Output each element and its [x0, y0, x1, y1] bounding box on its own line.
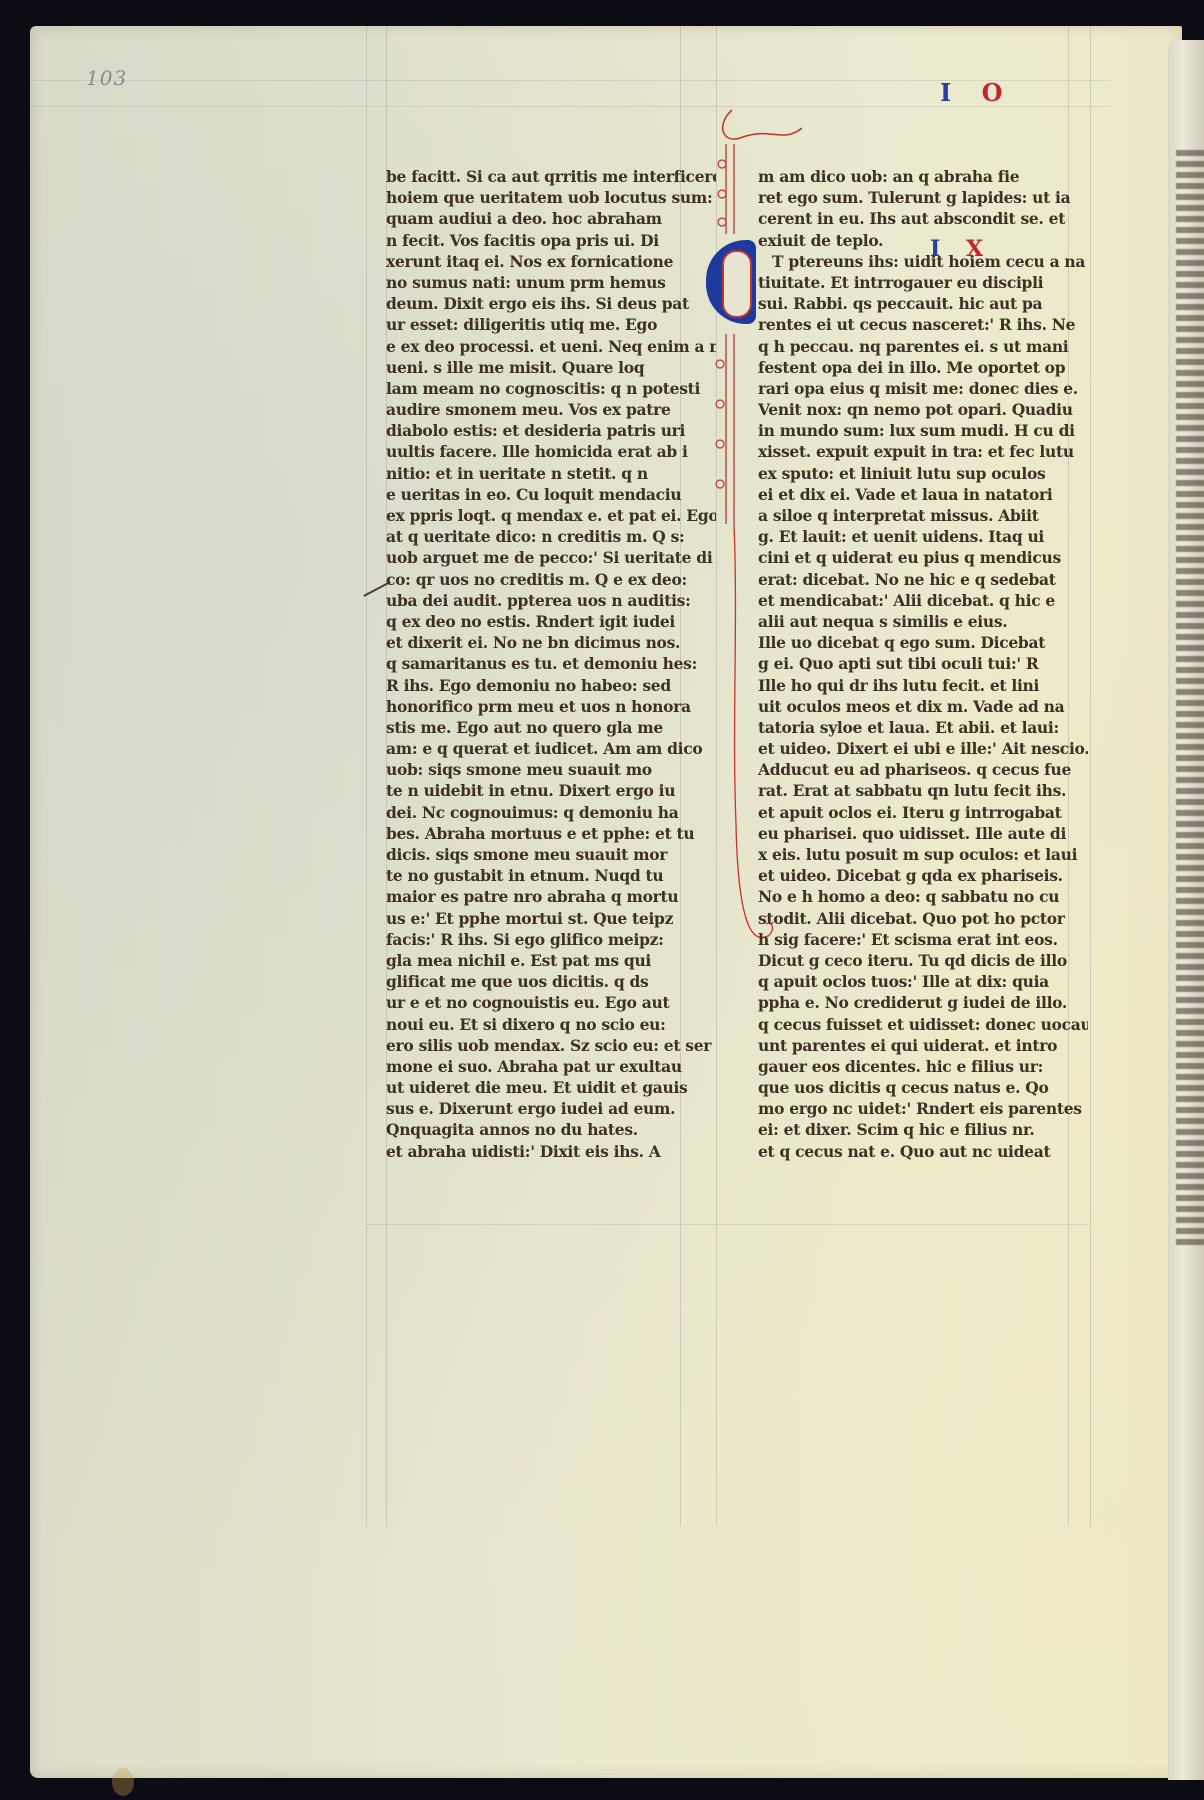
text-line: g ei. Quo apti sut tibi oculi tui:' R: [758, 653, 1088, 674]
text-line: sus e. Dixerunt ergo iudei ad eum.: [386, 1098, 716, 1119]
text-line: stis me. Ego aut no quero gla me: [386, 717, 716, 738]
text-line: exiuit de teplo.: [758, 230, 1088, 251]
text-line: uultis facere. Ille homicida erat ab i: [386, 441, 716, 462]
text-line: Adducut eu ad phariseos. q cecus fue: [758, 759, 1088, 780]
text-line: et uideo. Dixert ei ubi e ille:' Ait nes…: [758, 738, 1088, 759]
text-line: e ex deo processi. et ueni. Neq enim a m…: [386, 336, 716, 357]
text-line: diabolo estis: et desideria patris uri: [386, 420, 716, 441]
text-line: et dixerit ei. No ne bn dicimus nos.: [386, 632, 716, 653]
text-line: e ueritas in eo. Cu loquit mendaciu: [386, 484, 716, 505]
text-line: ei et dix ei. Vade et laua in natatori: [758, 484, 1088, 505]
text-line: Qnquagita annos no du hates.: [386, 1119, 716, 1140]
text-line: deum. Dixit ergo eis ihs. Si deus pat: [386, 293, 716, 314]
text-line: co: qr uos no creditis m. Q e ex deo:: [386, 569, 716, 590]
text-line: et mendicabat:' Alii dicebat. q hic e: [758, 590, 1088, 611]
running-head-right: O: [982, 78, 1003, 107]
text-line: xerunt itaq ei. Nos ex fornicatione: [386, 251, 716, 272]
text-line: ret ego sum. Tulerunt g lapides: ut ia: [758, 187, 1088, 208]
text-line: ei: et dixer. Scim q hic e filius nr.: [758, 1119, 1088, 1140]
text-line: Dicut g ceco iteru. Tu qd dicis de illo: [758, 950, 1088, 971]
text-line: festent opa dei in illo. Me oportet op: [758, 357, 1088, 378]
text-line: que uos dicitis q cecus natus e. Qo: [758, 1077, 1088, 1098]
text-line: ur e et no cognouistis eu. Ego aut: [386, 992, 716, 1013]
ruling-line: [1090, 26, 1091, 1526]
next-leaf-edge: [1168, 40, 1204, 1780]
text-line: dei. Nc cognouimus: q demoniu ha: [386, 802, 716, 823]
next-leaf-text: [1176, 150, 1204, 1250]
text-line: ueni. s ille me misit. Quare loq: [386, 357, 716, 378]
text-line: ut uideret die meu. Et uidit et gauis: [386, 1077, 716, 1098]
text-line: q cecus fuisset et uidisset: donec uocau: [758, 1014, 1088, 1035]
text-line: at q ueritate dico: n creditis m. Q s:: [386, 526, 716, 547]
text-line: eu pharisei. quo uidisset. Ille aute di: [758, 823, 1088, 844]
text-line: uob: siqs smone meu suauit mo: [386, 759, 716, 780]
text-line: q apuit oclos tuos:' Ille at dix: quia: [758, 971, 1088, 992]
text-line: x eis. lutu posuit m sup oculos: et laui: [758, 844, 1088, 865]
running-head-left: I: [940, 78, 951, 107]
text-line: bes. Abraha mortuus e et pphe: et tu: [386, 823, 716, 844]
text-line: et uideo. Dicebat g qda ex phariseis.: [758, 865, 1088, 886]
text-line: ero silis uob mendax. Sz scio eu: et ser: [386, 1035, 716, 1056]
text-line: lam meam no cognoscitis: q n potesti: [386, 378, 716, 399]
text-line: in mundo sum: lux sum mudi. H cu di: [758, 420, 1088, 441]
text-line: us e:' Et pphe mortui st. Que teipz: [386, 908, 716, 929]
text-line: audire smonem meu. Vos ex patre: [386, 399, 716, 420]
text-line: tiuitate. Et intrrogauer eu discipli: [758, 272, 1088, 293]
text-line: g. Et lauit: et uenit uidens. Itaq ui: [758, 526, 1088, 547]
text-line: gla mea nichil e. Est pat ms qui: [386, 950, 716, 971]
text-line: te no gustabit in etnum. Nuqd tu: [386, 865, 716, 886]
text-line: noui eu. Et si dixero q no scio eu:: [386, 1014, 716, 1035]
text-line: ex sputo: et liniuit lutu sup oculos: [758, 463, 1088, 484]
text-line: rentes ei ut cecus nasceret:' R ihs. Ne: [758, 314, 1088, 335]
text-line: T ptereuns ihs: uidit hoiem cecu a na: [758, 251, 1088, 272]
text-line: nitio: et in ueritate n stetit. q n: [386, 463, 716, 484]
ruling-line: [366, 1224, 1090, 1225]
text-line: rat. Erat at sabbatu qn lutu fecit ihs.: [758, 780, 1088, 801]
text-line: maior es patre nro abraha q mortu: [386, 886, 716, 907]
text-line: q samaritanus es tu. et demoniu hes:: [386, 653, 716, 674]
text-line: No e h homo a deo: q sabbatu no cu: [758, 886, 1088, 907]
text-line: ex ppris loqt. q mendax e. et pat ei. Eg…: [386, 505, 716, 526]
text-line: glificat me que uos dicitis. q ds: [386, 971, 716, 992]
text-line: gauer eos dicentes. hic e filius ur:: [758, 1056, 1088, 1077]
text-line: ur esset: diligeritis utiq me. Ego: [386, 314, 716, 335]
text-line: uit oculos meos et dix m. Vade ad na: [758, 696, 1088, 717]
text-line: a siloe q interpretat missus. Abiit: [758, 505, 1088, 526]
text-line: cerent in eu. Ihs aut abscondit se. et: [758, 208, 1088, 229]
text-line: q h peccau. nq parentes ei. s ut mani: [758, 336, 1088, 357]
text-line: R ihs. Ego demoniu no habeo: sed: [386, 675, 716, 696]
text-line: xisset. expuit expuit in tra: et fec lut…: [758, 441, 1088, 462]
text-line: rari opa eius q misit me: donec dies e.: [758, 378, 1088, 399]
text-line: stodit. Alii dicebat. Quo pot ho pctor: [758, 908, 1088, 929]
text-column-left: be facitt. Si ca aut qrritis me interfic…: [386, 166, 716, 1162]
text-line: mone ei suo. Abraha pat ur exultau: [386, 1056, 716, 1077]
text-line: uba dei audit. ppterea uos n auditis:: [386, 590, 716, 611]
text-line: mo ergo nc uidet:' Rndert eis parentes: [758, 1098, 1088, 1119]
text-line: q ex deo no estis. Rndert igit iudei: [386, 611, 716, 632]
text-line: sui. Rabbi. qs peccauit. hic aut pa: [758, 293, 1088, 314]
text-line: te n uidebit in etnu. Dixert ergo iu: [386, 780, 716, 801]
text-line: Ille ho qui dr ihs lutu fecit. et lini: [758, 675, 1088, 696]
text-line: tatoria syloe et laua. Et abii. et laui:: [758, 717, 1088, 738]
text-line: dicis. siqs smone meu suauit mor: [386, 844, 716, 865]
text-line: Ille uo dicebat q ego sum. Dicebat: [758, 632, 1088, 653]
text-line: uob arguet me de pecco:' Si ueritate di: [386, 547, 716, 568]
text-line: hoiem que ueritatem uob locutus sum:: [386, 187, 716, 208]
text-line: quam audiui a deo. hoc abraham: [386, 208, 716, 229]
text-line: et apuit oclos ei. Iteru g intrrogabat: [758, 802, 1088, 823]
running-head: I O: [940, 78, 1003, 107]
text-line: et abraha uidisti:' Dixit eis ihs. A: [386, 1141, 716, 1162]
text-line: cini et q uiderat eu pius q mendicus: [758, 547, 1088, 568]
text-line: am: e q querat et iudicet. Am am dico: [386, 738, 716, 759]
text-line: h sig facere:' Et scisma erat int eos.: [758, 929, 1088, 950]
text-line: alii aut nequa s similis e eius.: [758, 611, 1088, 632]
text-line: m am dico uob: an q abraha fie: [758, 166, 1088, 187]
text-line: be facitt. Si ca aut qrritis me interfic…: [386, 166, 716, 187]
text-column-right: m am dico uob: an q abraha fie ret ego s…: [758, 166, 1088, 1162]
text-line: Venit nox: qn nemo pot opari. Quadiu: [758, 399, 1088, 420]
text-line: n fecit. Vos facitis opa pris ui. Di: [386, 230, 716, 251]
ruling-line: [366, 26, 367, 1526]
stain: [112, 1768, 134, 1796]
text-line: honorifico prm meu et uos n honora: [386, 696, 716, 717]
folio-number: 103: [86, 66, 127, 90]
text-line: et q cecus nat e. Quo aut nc uideat: [758, 1141, 1088, 1162]
text-line: erat: dicebat. No ne hic e q sedebat: [758, 569, 1088, 590]
text-line: ppha e. No crediderut g iudei de illo.: [758, 992, 1088, 1013]
text-line: unt parentes ei qui uiderat. et intro: [758, 1035, 1088, 1056]
text-line: facis:' R ihs. Si ego glifico meipz:: [386, 929, 716, 950]
text-line: no sumus nati: unum prm hemus: [386, 272, 716, 293]
